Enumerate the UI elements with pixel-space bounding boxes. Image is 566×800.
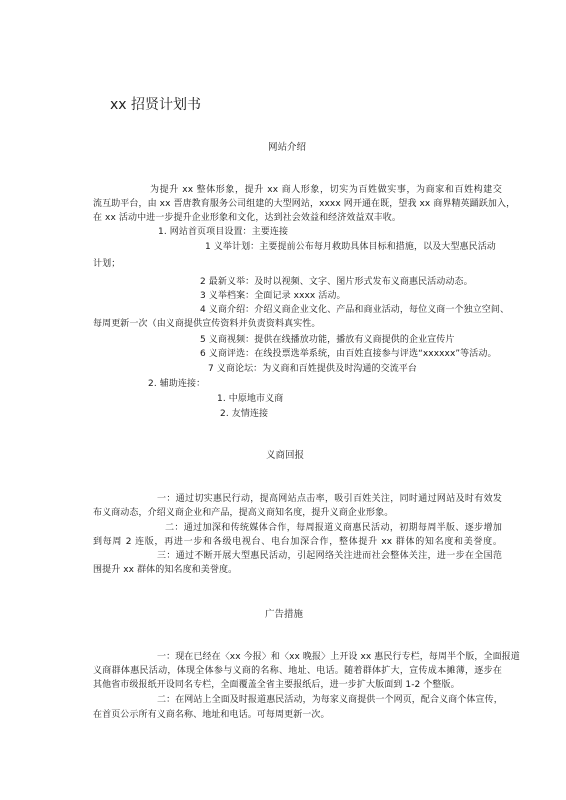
list-item: 5 义商视频：提供在线播放功能，播放有义商提供的企业宣传片	[200, 334, 455, 346]
list-item: 每周更新一次（由义商提供宣传资料并负责资料真实性。	[93, 318, 321, 330]
list-item: 6 义商评选：在线投票选举系统，由百姓直接参与评选“xxxxxx”等活动。	[200, 348, 497, 360]
document-title: xx 招贤计划书	[110, 96, 201, 114]
paragraph-line: 义商群体惠民活动，体现全体参与义商的名称、地址、电话。随着群体扩大，宣传成本摊薄…	[93, 665, 502, 677]
list-item: 7 义商论坛：为义商和百姓提供及时沟通的交流平台	[208, 363, 417, 375]
section-heading-advertising: 广告措施	[265, 609, 303, 621]
link-item: 1. 中原地市义商	[217, 393, 283, 405]
list-item: 计划；	[93, 258, 120, 270]
list-item: 3 义举档案：全面记录 xxxx 活动。	[200, 290, 346, 302]
paragraph-line: 在 xx 活动中进一步提升企业形象和文化，达到社会效益和经济效益双丰收。	[93, 212, 401, 224]
paragraph-line: 布义商动态，介绍义商企业和产品，提高义商知名度，提升义商企业形象。	[93, 507, 393, 519]
list-item: 2 最新义举：及时以视频、文字、图片形式发布义商惠民活动动态。	[200, 276, 473, 288]
section-heading-website-intro: 网站介绍	[268, 142, 306, 154]
paragraph-line: 三：通过不断开展大型惠民活动，引起网络关注进而社会整体关注，进一步在全国范	[157, 550, 502, 562]
paragraph-line: 到每周 2 连版，再进一步和各级电视台、电台加深合作，整体提升 xx 群体的知名…	[93, 536, 502, 548]
paragraph-line: 在首页公示所有义商名称、地址和电话。可每周更新一次。	[93, 709, 330, 721]
link-item: 2. 友情连接	[220, 408, 268, 420]
paragraph-line: 其他省市级报纸开设同名专栏，全面覆盖全省主要报纸后，进一步扩大版面到 1-2 个…	[93, 679, 460, 691]
list-heading: 2. 辅助连接：	[148, 378, 205, 390]
document-page: xx 招贤计划书 网站介绍 为提升 xx 整体形象，提升 xx 商人形象，切实为…	[0, 0, 566, 800]
paragraph-line: 一：通过切实惠民行动，提高网站点击率，吸引百姓关注，同时通过网站及时有效发	[157, 493, 502, 505]
paragraph-line: 一：现在已经在〈xx 今报〉和〈xx 晚报〉上开设 xx 惠民行专栏，每周半个版…	[157, 651, 502, 663]
list-item: 4 义商介绍：介绍义商企业文化、产品和商业活动，每位义商一个独立空间、	[200, 304, 509, 316]
paragraph-line: 二：通过加深和传统媒体合作，每周报道义商惠民活动，初期每周半版、逐步增加	[165, 522, 502, 534]
paragraph-line: 围提升 xx 群体的知名度和美誉度。	[93, 564, 237, 576]
paragraph-line: 二：在网站上全面及时报道惠民活动，为每家义商提供一个网页，配合义商个体宣传，	[157, 694, 502, 706]
paragraph-line: 流互助平台，由 xx 晋唐教育服务公司组建的大型网站，xxxx 网开通在既，望我…	[93, 198, 502, 210]
paragraph-line: 为提升 xx 整体形象，提升 xx 商人形象，切实为百姓做实事，为商家和百姓构建…	[150, 184, 502, 196]
section-heading-merchant-return: 义商回报	[266, 450, 304, 462]
list-item: 1 义举计划：主要提前公布每月救助具体目标和措施，以及大型惠民活动	[205, 241, 496, 253]
list-heading: 1. 网站首页项目设置：主要连接	[158, 226, 288, 238]
